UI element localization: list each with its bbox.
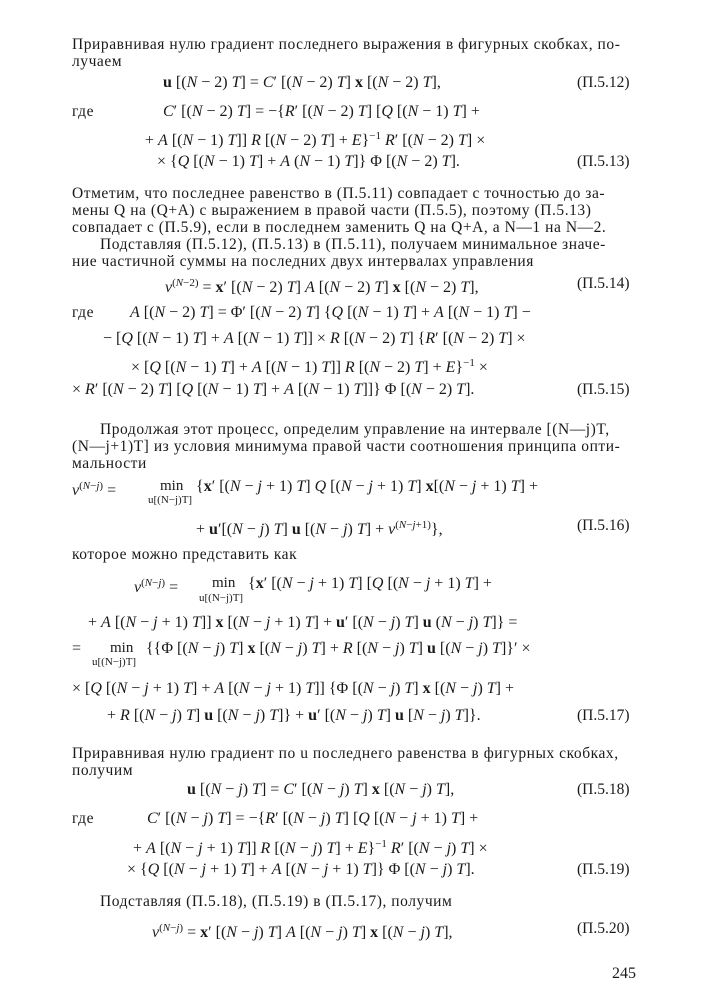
min-operator: min: [212, 575, 235, 592]
min-subscript: u[(N−j)T]: [199, 592, 243, 604]
equation-p5-13-line2: + A [(N − 1) T]] R [(N − 2) T] + E}−1 R′…: [145, 128, 485, 149]
equation-number: (П.5.15): [577, 381, 630, 398]
min-operator: min: [110, 640, 133, 657]
text-line: мальности: [72, 455, 147, 472]
equation-p5-20: v(N−j) = x′ [(N − j) T] A [(N − j) T] x …: [152, 920, 453, 941]
text-line: Приравнивая нулю градиент последнего выр…: [72, 36, 620, 53]
text-line: Отметим, что последнее равенство в (П.5.…: [72, 185, 605, 202]
min-subscript: u[(N−j)T]: [92, 656, 136, 668]
text-line: которое можно представить как: [72, 546, 297, 563]
equation-p5-18: u [(N − j) T] = C′ [(N − j) T] x [(N − j…: [187, 781, 454, 798]
equation-number: (П.5.13): [577, 153, 630, 170]
equation-p5-17-line3: {{Φ [(N − j) T] x [(N − j) T] + R [(N − …: [146, 640, 530, 657]
equation-p5-17-line3-eq: =: [72, 640, 81, 657]
equation-p5-17-line1-rest: {x′ [(N − j + 1) T] [Q [(N − j + 1) T] +: [248, 575, 492, 592]
text-line: Подставляя (П.5.12), (П.5.13) в (П.5.11)…: [100, 236, 606, 253]
equation-p5-12: u [(N − 2) T] = C′ [(N − 2) T] x [(N − 2…: [163, 74, 441, 91]
equation-p5-15-line3: × [Q [(N − 1) T] + A [(N − 1) T]] R [(N …: [131, 355, 488, 376]
equation-p5-14: v(N−2) = x′ [(N − 2) T] A [(N − 2) T] x …: [165, 275, 479, 296]
text-line: ние частичной суммы на последних двух ин…: [72, 253, 534, 270]
text-line: совпадает с (П.5.9), если в последнем за…: [72, 219, 606, 236]
equation-p5-19-line2: + A [(N − j + 1) T]] R [(N − j) T] + E}−…: [133, 836, 488, 857]
equation-p5-13-line3: × {Q [(N − 1) T] + A (N − 1) T]} Φ [(N −…: [157, 153, 460, 170]
equation-p5-19-line1: C′ [(N − j) T] = −{R′ [(N − j) T] [Q [(N…: [147, 810, 478, 827]
min-operator: min: [160, 478, 183, 495]
equation-p5-16-line2: + u′[(N − j) T] u [(N − j) T] + v(N−j+1)…: [196, 517, 443, 538]
text-line: Продолжая этот процесс, определим управл…: [100, 421, 610, 438]
min-subscript: u[(N−j)T]: [148, 494, 192, 506]
equation-number: (П.5.19): [577, 861, 630, 878]
label-gde: где: [72, 103, 94, 120]
text-line: Подставляя (П.5.18), (П.5.19) в (П.5.17)…: [100, 893, 452, 910]
document-page: Приравнивая нулю градиент последнего выр…: [0, 0, 708, 1000]
text-line: получим: [72, 762, 133, 779]
equation-number: (П.5.14): [577, 275, 630, 292]
equation-p5-17-line4: × [Q [(N − j + 1) T] + A [(N − j + 1) T]…: [72, 680, 514, 697]
equation-p5-16-line1-rest: {x′ [(N − j + 1) T] Q [(N − j + 1) T] x[…: [196, 478, 538, 495]
page-number: 245: [612, 965, 636, 983]
text-line: Приравнивая нулю градиент по u последнег…: [72, 745, 619, 762]
equation-number: (П.5.17): [577, 707, 630, 724]
equation-p5-17-line2: + A [(N − j + 1) T]] x [(N − j + 1) T] +…: [88, 614, 517, 631]
equation-p5-13-line1: C′ [(N − 2) T] = −{R′ [(N − 2) T] [Q [(N…: [163, 103, 480, 120]
text-line: (N—j+1)T] из условия минимума правой час…: [72, 438, 620, 455]
equation-number: (П.5.18): [577, 781, 630, 798]
text-line: лучаем: [72, 53, 122, 70]
label-gde: где: [72, 304, 94, 321]
text-line: мены Q на (Q+A) с выражением в правой ча…: [72, 202, 591, 219]
label-gde: где: [72, 810, 94, 827]
equation-number: (П.5.16): [577, 517, 630, 534]
equation-number: (П.5.20): [577, 920, 630, 937]
equation-p5-16-line1: v(N−j) =: [72, 478, 116, 499]
equation-number: (П.5.12): [577, 74, 630, 91]
equation-p5-19-line3: × {Q [(N − j + 1) T] + A [(N − j + 1) T]…: [127, 861, 475, 878]
equation-p5-15-line2: − [Q [(N − 1) T] + A [(N − 1) T]] × R [(…: [103, 330, 526, 347]
equation-p5-17-line5: + R [(N − j) T] u [(N − j) T]} + u′ [(N …: [107, 707, 481, 724]
equation-p5-17-line1: v(N−j) =: [134, 575, 178, 596]
equation-p5-15-line4: × R′ [(N − 2) T] [Q [(N − 1) T] + A [(N …: [72, 381, 474, 398]
equation-p5-15-line1: A [(N − 2) T] = Φ′ [(N − 2) T] {Q [(N − …: [130, 304, 531, 321]
